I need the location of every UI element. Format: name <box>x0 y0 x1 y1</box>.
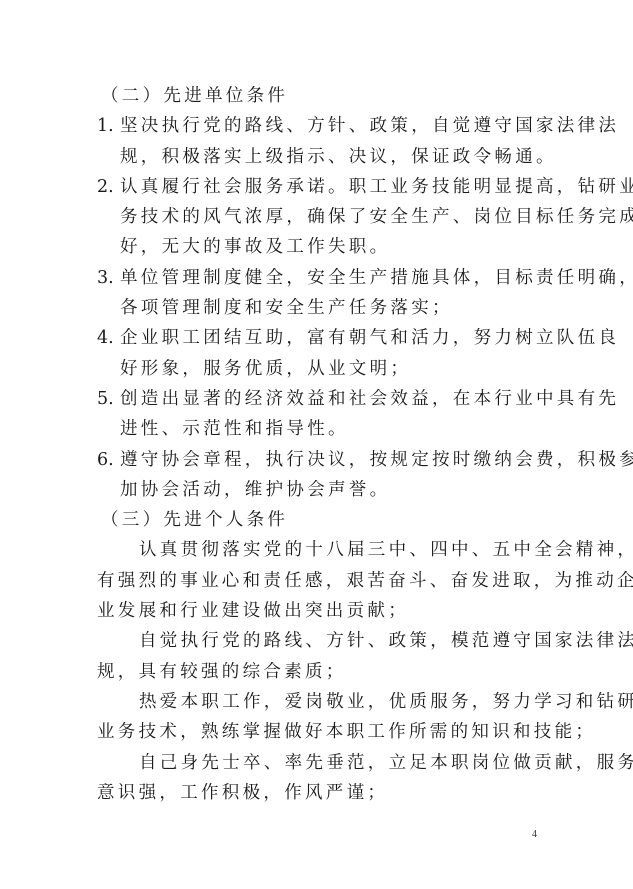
list-item: 4.企业职工团结互助，富有朝气和活力，努力树立队伍良 好形象，服务优质，从业文明… <box>97 323 542 384</box>
paragraph-text: 认真贯彻落实党的十八届三中、四中、五中全会精神， <box>97 535 542 565</box>
item-text: 各项管理制度和安全生产任务落实； <box>97 293 542 323</box>
paragraph: 认真贯彻落实党的十八届三中、四中、五中全会精神， 有强烈的事业心和责任感，艰苦奋… <box>97 535 542 626</box>
paragraph-text: 业发展和行业建设做出突出贡献； <box>97 596 542 626</box>
item-text: 好，无大的事故及工作失职。 <box>97 232 542 262</box>
item-number: 1. <box>97 111 120 141</box>
item-number: 2. <box>97 172 120 202</box>
item-text: 规，积极落实上级指示、决议，保证政令畅通。 <box>97 142 542 172</box>
paragraph-text: 规，具有较强的综合素质； <box>97 657 542 687</box>
paragraph-text: 业务技术，熟练掌握做好本职工作所需的知识和技能； <box>97 717 542 747</box>
paragraph: 自己身先士卒、率先垂范，立足本职岗位做贡献，服务 意识强，工作积极，作风严谨； <box>97 748 542 809</box>
item-text: 好形象，服务优质，从业文明； <box>97 354 542 384</box>
list-item: 5.创造出显著的经济效益和社会效益，在本行业中具有先 进性、示范性和指导性。 <box>97 384 542 445</box>
item-text: 坚决执行党的路线、方针、政策，自觉遵守国家法律法 <box>120 116 619 136</box>
item-number: 6. <box>97 445 120 475</box>
item-text: 单位管理制度健全，安全生产措施具体，目标责任明确， <box>120 268 633 288</box>
paragraph-text: 自己身先士卒、率先垂范，立足本职岗位做贡献，服务 <box>97 748 542 778</box>
item-text: 务技术的风气浓厚，确保了安全生产、岗位目标任务完成 <box>97 202 542 232</box>
item-number: 4. <box>97 323 120 353</box>
paragraph-text: 自觉执行党的路线、方针、政策，模范遵守国家法律法 <box>97 626 542 656</box>
list-item: 3.单位管理制度健全，安全生产措施具体，目标责任明确， 各项管理制度和安全生产任… <box>97 263 542 324</box>
item-text: 企业职工团结互助，富有朝气和活力，努力树立队伍良 <box>120 328 619 348</box>
item-text: 遵守协会章程，执行决议，按规定按时缴纳会费，积极参 <box>120 450 633 470</box>
paragraph-text: 意识强，工作积极，作风严谨； <box>97 778 542 808</box>
section-heading-advanced-units: （二）先进单位条件 <box>97 81 542 111</box>
list-item: 6.遵守协会章程，执行决议，按规定按时缴纳会费，积极参 加协会活动，维护协会声誉… <box>97 445 542 506</box>
list-item: 2.认真履行社会服务承诺。职工业务技能明显提高，钻研业 务技术的风气浓厚，确保了… <box>97 172 542 263</box>
item-text: 创造出显著的经济效益和社会效益，在本行业中具有先 <box>120 389 619 409</box>
item-text: 进性、示范性和指导性。 <box>97 414 542 444</box>
paragraph-text: 热爱本职工作，爱岗敬业，优质服务，努力学习和钻研 <box>97 687 542 717</box>
item-number: 5. <box>97 384 120 414</box>
item-number: 3. <box>97 263 120 293</box>
paragraph: 自觉执行党的路线、方针、政策，模范遵守国家法律法 规，具有较强的综合素质； <box>97 626 542 687</box>
item-text: 认真履行社会服务承诺。职工业务技能明显提高，钻研业 <box>120 177 633 197</box>
list-item: 1.坚决执行党的路线、方针、政策，自觉遵守国家法律法 规，积极落实上级指示、决议… <box>97 111 542 172</box>
section-heading-advanced-individuals: （三）先进个人条件 <box>97 505 542 535</box>
document-page: （二）先进单位条件 1.坚决执行党的路线、方针、政策，自觉遵守国家法律法 规，积… <box>0 0 633 889</box>
item-text: 加协会活动，维护协会声誉。 <box>97 475 542 505</box>
page-content: （二）先进单位条件 1.坚决执行党的路线、方针、政策，自觉遵守国家法律法 规，积… <box>97 81 542 808</box>
page-number: 4 <box>532 829 537 840</box>
paragraph: 热爱本职工作，爱岗敬业，优质服务，努力学习和钻研 业务技术，熟练掌握做好本职工作… <box>97 687 542 748</box>
paragraph-text: 有强烈的事业心和责任感，艰苦奋斗、奋发进取，为推动企 <box>97 566 542 596</box>
